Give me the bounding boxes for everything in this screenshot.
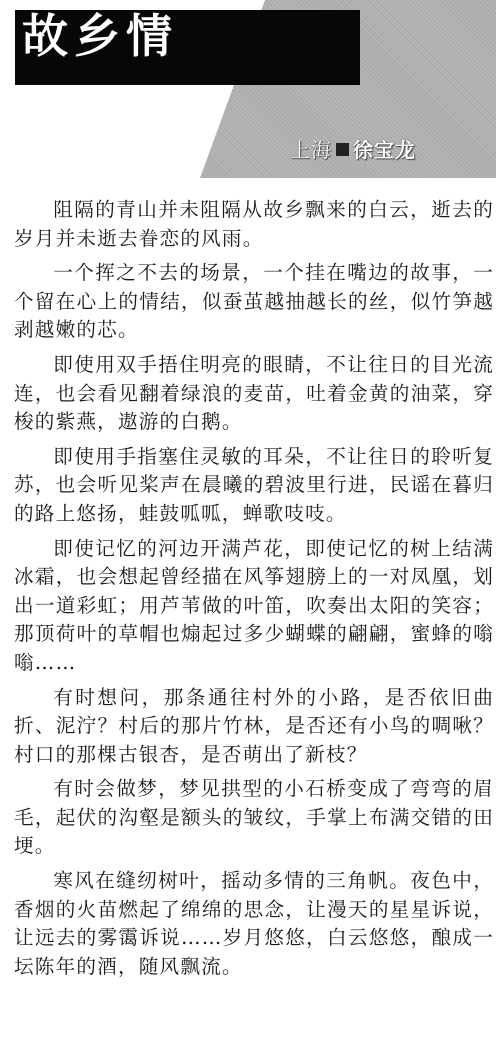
byline-place: 上海 xyxy=(290,138,332,162)
article-header: 故乡情 上海徐宝龙 xyxy=(0,0,500,182)
byline: 上海徐宝龙 xyxy=(290,134,416,163)
article-title: 故乡情 xyxy=(22,13,178,59)
article-body: 阻隔的青山并未阻隔从故乡飘来的白云，逝去的岁月并未逝去眷恋的风雨。 一个挥之不去… xyxy=(14,196,494,981)
paragraph: 一个挥之不去的场景，一个挂在嘴边的故事，一个留在心上的情结，似蚕茧越抽越长的丝，… xyxy=(14,259,494,345)
byline-author: 徐宝龙 xyxy=(353,138,416,162)
paragraph: 阻隔的青山并未阻隔从故乡飘来的白云，逝去的岁月并未逝去眷恋的风雨。 xyxy=(14,196,494,253)
paragraph: 即使用手指塞住灵敏的耳朵，不让往日的聆听复苏，也会听见桨声在晨曦的碧波里行进，民… xyxy=(14,443,494,529)
paragraph: 有时会做梦，梦见拱型的小石桥变成了弯弯的眉毛，起伏的沟壑是额头的皱纹，手掌上布满… xyxy=(14,775,494,861)
paragraph: 有时想问，那条通往村外的小路，是否依旧曲折、泥泞？村后的那片竹林，是否还有小鸟的… xyxy=(14,684,494,770)
paragraph: 寒风在缝纫树叶，摇动多情的三角帆。夜色中，香烟的火苗燃起了绵绵的思念，让漫天的星… xyxy=(14,867,494,981)
paragraph: 即使记忆的河边开满芦花，即使记忆的树上结满冰霜，也会想起曾经描在风筝翅膀上的一对… xyxy=(14,535,494,678)
separator-square-icon xyxy=(336,143,349,156)
paragraph: 即使用双手捂住明亮的眼睛，不让往日的目光流连，也会看见翻着绿浪的麦苗，吐着金黄的… xyxy=(14,351,494,437)
